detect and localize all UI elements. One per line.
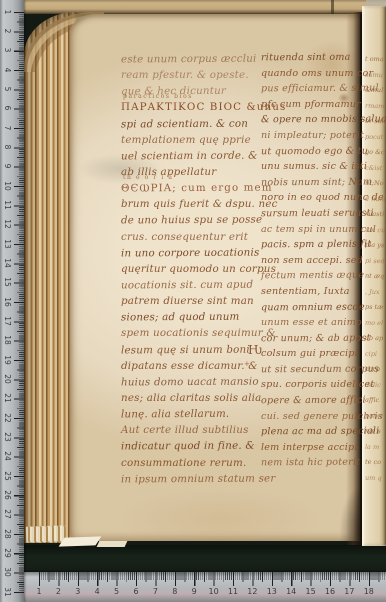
- horizontal-ruler-number: 10: [209, 587, 219, 596]
- vertical-ruler-number: 30: [2, 566, 12, 578]
- manuscript-text-line: ut quomodo ego & tu: [261, 143, 361, 159]
- manuscript-text-line: nes; alia claritas solis alia: [121, 390, 263, 406]
- horizontal-ruler-number: 8: [172, 587, 177, 596]
- vertical-ruler-number: 10: [2, 180, 12, 192]
- page-bottom-edge: [97, 541, 128, 547]
- vertical-ruler-number: 31: [2, 586, 12, 598]
- horizontal-ruler-number: 9: [192, 587, 197, 596]
- manuscript-text-line: sententiam, Iuxta: [261, 284, 361, 300]
- vertical-ruler-number: 2: [2, 25, 12, 37]
- page-stack-fore-edge: [24, 12, 76, 543]
- manuscript-text-line: spem uocationis sequimur &: [121, 325, 263, 341]
- manuscript-text-line: este unum corpus æcclui: [121, 51, 263, 68]
- horizontal-ruler-number: 16: [325, 587, 335, 596]
- next-page-text-fragment: la m: [365, 439, 385, 455]
- manuscript-text-line: lesum quę si unum boni: [121, 341, 263, 358]
- horizontal-ruler-number: 13: [267, 587, 277, 596]
- vertical-ruler-number: 22: [2, 412, 12, 424]
- manuscript-text-line: ac tem spi in unum cul: [261, 222, 361, 238]
- horizontal-ruler-number: 1: [36, 587, 41, 596]
- vertical-ruler-number: 16: [2, 296, 12, 308]
- manuscript-text-line: ream pfestur. & opeste.: [121, 67, 263, 83]
- vertical-ruler-number: 5: [2, 83, 12, 95]
- next-page-text-fragment: t oma: [365, 52, 385, 68]
- manuscript-text-line: indicatur quod in fine. &: [121, 438, 263, 455]
- manuscript-text-line: quęritur quomodo un corpus: [121, 261, 263, 277]
- horizontal-ruler: 123456789101112131415161718: [24, 572, 386, 602]
- manuscript-text-line: patrem diuerse sint man: [121, 293, 263, 309]
- horizontal-ruler-number: 15: [306, 587, 316, 596]
- manuscript-text-line: nobis unum sint; Nam: [261, 174, 361, 190]
- vertical-ruler-number: 23: [2, 431, 12, 443]
- horizontal-ruler-number: 11: [228, 587, 238, 596]
- interlinear-gloss: paracticos bios: [123, 93, 193, 100]
- vertical-ruler-number: 26: [2, 489, 12, 501]
- page-bottom-edge: [59, 536, 102, 546]
- vertical-ruler-number: 11: [2, 199, 12, 211]
- vertical-ruler-number: 4: [2, 64, 12, 76]
- vertical-ruler-number: 29: [2, 547, 12, 559]
- manuscript-text-line: siones; ad quod unum: [121, 309, 263, 326]
- manuscript-text-line: spu. corporis uidelicet: [261, 377, 361, 393]
- next-page-text-fragment: um q: [365, 470, 385, 486]
- next-page-text-fragment: c&ist: [365, 160, 385, 176]
- vertical-ruler-number: 3: [2, 44, 12, 56]
- manuscript-text-line: quam omnium escde: [261, 299, 361, 315]
- manuscript-text-line: lem interpse accipi: [261, 440, 361, 456]
- next-page-text-fragment: , Jux: [365, 284, 385, 300]
- manuscript-text-line: ut sit secundum corpus: [261, 362, 361, 378]
- top-frame-band: [0, 0, 386, 14]
- manuscript-text-line: opere & amore affici: [261, 393, 361, 409]
- next-page-text-fragment: mo el: [365, 315, 385, 331]
- manuscript-text-line: quando oms unum cor: [261, 66, 361, 82]
- manuscript-text-line: consummatione rerum.: [121, 455, 263, 471]
- horizontal-ruler-number: 12: [247, 587, 257, 596]
- vertical-ruler-number: 13: [2, 238, 12, 250]
- page-stack-bottom-edges: [26, 525, 67, 542]
- next-page-text-fragment: pocat: [365, 129, 385, 145]
- manuscript-text-line: in ipsum omnium statum ser: [121, 470, 263, 487]
- horizontal-ruler-number: 3: [75, 587, 80, 596]
- vertical-ruler-number: 21: [2, 392, 12, 404]
- interlinear-gloss: th e o r i a: [123, 174, 174, 181]
- vertical-ruler-number: 20: [2, 373, 12, 385]
- next-page-text-fragment: cipi: [365, 346, 385, 362]
- manuscript-text-line: templationem quę pprie: [121, 132, 263, 148]
- next-page-text-fragment: nt æq: [365, 269, 385, 285]
- vertical-ruler-number: 12: [2, 218, 12, 230]
- manuscript-text-line: pus efficiamur. & simul: [261, 81, 361, 97]
- manuscript-text-line: ΘЄⲰΡΙΑ; cum ergo mem: [121, 180, 263, 197]
- next-page-text-fragment: pi sed: [365, 253, 385, 269]
- vertical-ruler-number: 9: [2, 160, 12, 172]
- manuscript-text-line: de uno huius spu se posse: [121, 212, 263, 229]
- gutter-shadow-bottom: [330, 470, 362, 546]
- manuscript-text-line: huius domo uacat mansio: [121, 373, 263, 390]
- horizontal-ruler-number: 17: [344, 587, 354, 596]
- left-text-column: este unum corpus æccluiream pfestur. & o…: [121, 51, 263, 487]
- vertical-ruler-number: 7: [2, 122, 12, 134]
- margin-plus-mark: +: [244, 360, 250, 368]
- manuscript-text-line: uel scientiam in corde. &: [121, 147, 263, 164]
- manuscript-text-line: sursum leuati seruasti: [261, 206, 361, 222]
- vertical-ruler-number: 15: [2, 276, 12, 288]
- manuscript-text-line: plena ac ma ad speciali: [261, 424, 361, 440]
- margin-paragraph-mark: Ƕ: [248, 343, 262, 357]
- frame-band-joint: [331, 0, 334, 14]
- horizontal-ruler-cm-ticks: [39, 572, 386, 586]
- manuscript-text-line: in uno corpore uocationis: [121, 244, 263, 261]
- vertical-ruler-number: 28: [2, 528, 12, 540]
- horizontal-ruler-number: 6: [133, 587, 138, 596]
- manuscript-text-line: noro in eo quod nunc de: [261, 190, 361, 206]
- manuscript-text-line: dipatans esse dicamur. &: [121, 358, 263, 374]
- table-background: [20, 545, 386, 574]
- vertical-ruler-number: 18: [2, 334, 12, 346]
- next-page-text-fragment: affic: [365, 393, 385, 409]
- next-page-text-fragment: te co: [365, 455, 385, 471]
- manuscript-text-line: cor unum; & ab apost: [261, 330, 361, 346]
- vertical-ruler-number: 19: [2, 354, 12, 366]
- next-page-text-fragment: rmam: [365, 98, 385, 114]
- manuscript-text-line: ni impleatur; poterit: [261, 128, 361, 144]
- manuscript-text-line: cui. sed genere pulchris: [261, 409, 361, 425]
- vertical-ruler-number: 27: [2, 508, 12, 520]
- vertical-ruler-number: 8: [2, 141, 12, 153]
- vertical-ruler-cm-ticks: [14, 12, 24, 594]
- vertical-ruler-number: 24: [2, 450, 12, 462]
- manuscript-text-line: brum quis fuerit & dspu. nec: [121, 196, 263, 212]
- horizontal-ruler-number: 14: [286, 587, 296, 596]
- vertical-ruler-number: 1: [2, 6, 12, 18]
- vertical-ruler: 1234567891011121314151617181920212223242…: [0, 0, 24, 602]
- manuscript-text-line: uocationis sit. cum apud: [121, 277, 263, 294]
- horizontal-ruler-number: 5: [114, 587, 119, 596]
- next-page-text-fragment: ps tæ: [365, 300, 385, 316]
- manuscript-text-line: rituenda sint oma: [261, 50, 361, 66]
- manuscript-text-line: ΠΑΡΑΚΤΙΚΟC ΒΙΟC &unus: [121, 99, 263, 115]
- manuscript-text-line: unum esse et animo: [261, 315, 361, 331]
- manuscript-text-line: lunę. alia stellarum.: [121, 406, 263, 423]
- manuscript-text-line: nem ista hic poterit: [261, 455, 361, 471]
- manuscript-text-line: spi ad scientiam. & con: [121, 115, 263, 132]
- vertical-ruler-number: 14: [2, 257, 12, 269]
- manuscript-text-line: crus. consequentur erit: [121, 229, 263, 245]
- horizontal-ruler-number: 18: [364, 587, 374, 596]
- manuscript-photo: t omasumu&mulrmambr salupocatgo &cc&istn…: [0, 0, 386, 602]
- right-text-column: rituenda sint omaquando oms unum corpus …: [261, 50, 361, 471]
- vertical-ruler-number: 25: [2, 470, 12, 482]
- manuscript-text-line: non sem accepi. sed: [261, 253, 361, 269]
- manuscript-text-line: Aut certe illud subtilius: [121, 422, 263, 438]
- vertical-ruler-number: 17: [2, 315, 12, 327]
- manuscript-text-line: fectum mentis æque: [261, 268, 361, 284]
- horizontal-ruler-number: 2: [56, 587, 61, 596]
- manuscript-text-line: pfc cum pformamur: [261, 97, 361, 113]
- manuscript-text-line: pacis. spm a plenis fit: [261, 237, 361, 253]
- manuscript-text-line: unu sumus. sic & isti: [261, 159, 361, 175]
- vertical-ruler-number: 6: [2, 102, 12, 114]
- horizontal-ruler-number: 4: [95, 587, 100, 596]
- manuscript-text-line: colsum gui præcipi: [261, 346, 361, 362]
- horizontal-ruler-number: 7: [153, 587, 158, 596]
- manuscript-text-line: & opere no mnobis salua: [261, 112, 361, 128]
